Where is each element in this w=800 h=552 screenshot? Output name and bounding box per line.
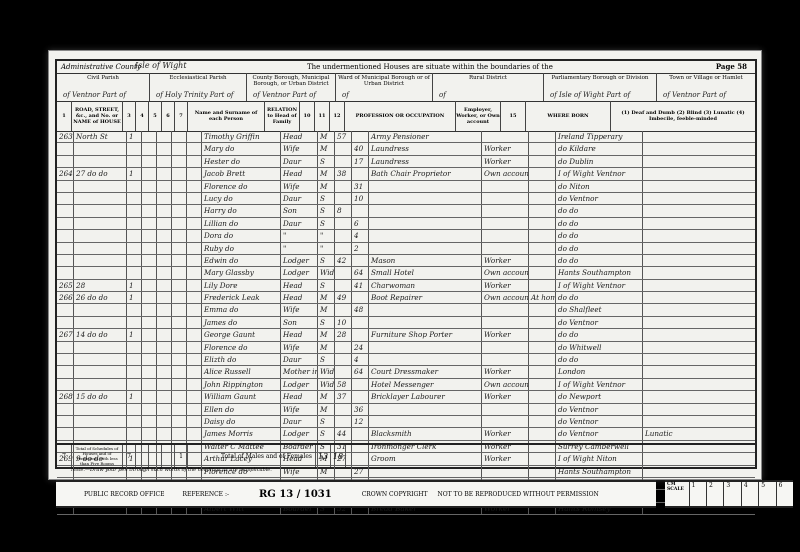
cell-home xyxy=(529,366,556,377)
cell-street xyxy=(74,205,127,216)
cell-born: do do xyxy=(556,218,643,229)
cell-name: Lucy do xyxy=(202,193,281,204)
cell-home xyxy=(529,193,556,204)
cell-name: Timothy Griffin xyxy=(202,131,281,142)
cell-sched xyxy=(57,304,74,315)
cell-emp: Worker xyxy=(482,143,529,154)
page-number: Page 58 xyxy=(716,62,747,71)
blank-cell xyxy=(142,366,157,377)
cell-m_age xyxy=(335,193,352,204)
cell-sched xyxy=(57,218,74,229)
cell-inh xyxy=(127,156,142,167)
cell-street xyxy=(74,366,127,377)
cell-rel: Head xyxy=(281,292,318,303)
blank-cell xyxy=(157,131,172,142)
blank-cell xyxy=(157,354,172,365)
table-row: Edwin doLodgerS42MasonWorkerdo do xyxy=(57,255,755,267)
cell-cond: S xyxy=(318,280,335,291)
cell-born: I of Wight Ventnor xyxy=(556,168,643,179)
area-ecclesiastical-parish: Ecclesiastical Parishof Holy Trinity Par… xyxy=(150,73,247,101)
cell-rel: Daur xyxy=(281,218,318,229)
inhabited-total: 7 xyxy=(123,445,136,467)
cell-f_age xyxy=(352,292,369,303)
blank-cell xyxy=(172,280,187,291)
col-not-in-occupation: 5 xyxy=(149,101,162,131)
cell-cond: S xyxy=(318,218,335,229)
reference-number: RG 13 / 1031 xyxy=(259,489,332,500)
table-row: Dora do""4do do xyxy=(57,230,755,242)
blank-cell xyxy=(142,292,157,303)
cell-occ xyxy=(369,317,482,328)
blank-cell xyxy=(157,205,172,216)
females-total: 18 xyxy=(331,445,346,467)
cell-m_age xyxy=(335,267,352,278)
cell-name: Harry do xyxy=(202,205,281,216)
blank-cell xyxy=(157,193,172,204)
cell-occ xyxy=(369,304,482,315)
cell-born: do Dublin xyxy=(556,156,643,167)
blank-cell xyxy=(172,205,187,216)
cell-street xyxy=(74,218,127,229)
cell-name: Edwin do xyxy=(202,255,281,266)
blank-cell xyxy=(172,428,187,439)
table-row: 26714 do do1George GauntHeadM28Furniture… xyxy=(57,329,755,341)
cell-rel: Daur xyxy=(281,193,318,204)
cell-home xyxy=(529,243,556,254)
cell-f_age: 36 xyxy=(352,404,369,415)
cell-rel: Lodger xyxy=(281,379,318,390)
scale-mark: 6 xyxy=(776,482,793,506)
table-row: Lucy doDaurS10do Ventnor xyxy=(57,193,755,205)
census-form-frame: Administrative County Isle of Wight The … xyxy=(55,59,757,469)
cell-occ: Bricklayer Labourer xyxy=(369,391,482,402)
blank-cell xyxy=(172,317,187,328)
cell-inf xyxy=(643,255,755,266)
cell-emp xyxy=(482,131,529,142)
cell-emp: Worker xyxy=(482,428,529,439)
scale-mark: 5 xyxy=(758,482,775,506)
cell-sched xyxy=(57,243,74,254)
area-county-borough: County Borough, Municipal Borough, or Ur… xyxy=(247,73,336,101)
cell-f_age xyxy=(352,329,369,340)
cell-inh: 1 xyxy=(127,292,142,303)
cell-cond: M xyxy=(318,329,335,340)
cell-f_age: 64 xyxy=(352,267,369,278)
cell-m_age xyxy=(335,342,352,353)
blank-cell xyxy=(187,193,202,204)
census-sheet: Administrative County Isle of Wight The … xyxy=(48,50,762,480)
cell-name: Lily Dore xyxy=(202,280,281,291)
table-row: Harry doSonS8do do xyxy=(57,205,755,217)
cell-born: do Kildare xyxy=(556,143,643,154)
cell-inh: 1 xyxy=(127,391,142,402)
cell-occ: Bath Chair Proprietor xyxy=(369,168,482,179)
cell-name: Lillian do xyxy=(202,218,281,229)
cell-occ xyxy=(369,230,482,241)
table-row: Mary GlassbyLodgerWid64Small HotelOwn ac… xyxy=(57,267,755,279)
cell-home xyxy=(529,416,556,427)
cell-sched xyxy=(57,317,74,328)
cell-inh xyxy=(127,354,142,365)
blank-cell xyxy=(157,304,172,315)
cell-cond: S xyxy=(318,428,335,439)
cell-rel: Head xyxy=(281,280,318,291)
cell-born: I of Wight Ventnor xyxy=(556,379,643,390)
blank-cell xyxy=(157,379,172,390)
cell-m_age xyxy=(335,416,352,427)
cell-home: At home xyxy=(529,292,556,303)
cell-inf xyxy=(643,416,755,427)
intro-text: The undermentioned Houses are situate wi… xyxy=(307,63,553,71)
cell-rel: Head xyxy=(281,391,318,402)
cell-emp xyxy=(482,243,529,254)
cell-name: Ruby do xyxy=(202,243,281,254)
cell-occ: Mason xyxy=(369,255,482,266)
table-row: Mary doWifeM40LaundressWorkerdo Kildare xyxy=(57,143,755,155)
blank-cell xyxy=(157,366,172,377)
cell-home xyxy=(529,317,556,328)
cell-occ xyxy=(369,404,482,415)
cell-inf xyxy=(643,143,755,154)
cell-cond: M xyxy=(318,292,335,303)
cell-rel: " xyxy=(281,243,318,254)
cell-f_age: 31 xyxy=(352,181,369,192)
blank-cell xyxy=(172,243,187,254)
copyright-label: CROWN COPYRIGHT xyxy=(362,491,428,498)
blank-cell xyxy=(142,280,157,291)
cell-occ: Army Pensioner xyxy=(369,131,482,142)
cell-f_age: 12 xyxy=(352,416,369,427)
cell-born: do Shalfleet xyxy=(556,304,643,315)
table-row: Florence doWifeM24do Whitwell xyxy=(57,342,755,354)
cell-inh xyxy=(127,143,142,154)
blank-cell xyxy=(187,317,202,328)
blank-cell xyxy=(187,304,202,315)
cell-street xyxy=(74,181,127,192)
col-name: Name and Surname of each Person xyxy=(188,101,265,131)
col-schedule: 1 xyxy=(57,101,72,131)
cell-rel: Wife xyxy=(281,466,318,477)
col-inhabited: 3 xyxy=(123,101,136,131)
column-headers: 1 ROAD, STREET, &c., and No. or NAME of … xyxy=(57,101,755,132)
cell-occ xyxy=(369,181,482,192)
area-parliamentary-borough: Parliamentary Borough or Divisionof Isle… xyxy=(544,73,657,101)
males-total: 13 xyxy=(316,445,331,467)
cell-inf xyxy=(643,243,755,254)
blank-cell xyxy=(157,181,172,192)
cell-m_age xyxy=(335,366,352,377)
cell-born: do do xyxy=(556,243,643,254)
blank-cell xyxy=(157,292,172,303)
table-row: Daisy doDaurS12do Ventnor xyxy=(57,416,755,428)
cell-rel: Wife xyxy=(281,181,318,192)
cell-f_age: 6 xyxy=(352,218,369,229)
blank-cell xyxy=(187,416,202,427)
permission-label: NOT TO BE REPRODUCED WITHOUT PERMISSION xyxy=(437,491,598,498)
cell-home xyxy=(529,255,556,266)
cell-rel: Wife xyxy=(281,304,318,315)
blank-cell xyxy=(157,143,172,154)
col-age-females: 12 xyxy=(330,101,345,131)
cell-home xyxy=(529,342,556,353)
table-row: Ruby do""2do do xyxy=(57,243,755,255)
blank-cell xyxy=(149,445,162,467)
cell-name: William Gaunt xyxy=(202,391,281,402)
cell-inf xyxy=(643,342,755,353)
cell-rel: Son xyxy=(281,317,318,328)
cell-m_age xyxy=(335,466,352,477)
cell-sched xyxy=(57,404,74,415)
cell-f_age: 48 xyxy=(352,304,369,315)
table-row: Ellen doWifeM36do Ventnor xyxy=(57,404,755,416)
area-rural-district: Rural Districtof xyxy=(433,73,544,101)
blank-cell xyxy=(157,428,172,439)
blank-cell xyxy=(142,243,157,254)
col-occupation: PROFESSION OR OCCUPATION xyxy=(345,101,456,131)
cell-inh xyxy=(127,205,142,216)
cell-rel: Wife xyxy=(281,143,318,154)
cell-rel: Wife xyxy=(281,342,318,353)
cell-f_age xyxy=(352,131,369,142)
cell-f_age xyxy=(352,391,369,402)
col-infirmity: (1) Deaf and Dumb (2) Blind (3) Lunatic … xyxy=(611,101,755,131)
blank-cell xyxy=(157,329,172,340)
cell-occ: Laundress xyxy=(369,156,482,167)
cell-emp xyxy=(482,230,529,241)
cell-inh: 1 xyxy=(127,329,142,340)
blank-cell xyxy=(187,366,202,377)
blank-cell xyxy=(142,255,157,266)
cell-street xyxy=(74,267,127,278)
col-age-males: 11 xyxy=(315,101,330,131)
cell-inf xyxy=(643,379,755,390)
admin-county-value: Isle of Wight xyxy=(135,61,187,70)
col-building: 6 xyxy=(162,101,175,131)
blank-cell xyxy=(172,404,187,415)
blank-cell xyxy=(172,342,187,353)
cell-inh xyxy=(127,317,142,328)
cell-home xyxy=(529,168,556,179)
cell-sched xyxy=(57,354,74,365)
blank-cell xyxy=(142,329,157,340)
cell-born: do do xyxy=(556,230,643,241)
table-row: Lillian doDaurS6do do xyxy=(57,218,755,230)
blank-cell xyxy=(142,230,157,241)
blank-cell xyxy=(172,391,187,402)
cell-cond: M xyxy=(318,342,335,353)
cell-home xyxy=(529,329,556,340)
cell-m_age: 57 xyxy=(335,131,352,142)
col-at-home: 15 xyxy=(501,101,526,131)
cell-emp xyxy=(482,181,529,192)
cell-name: Alice Russell xyxy=(202,366,281,377)
cell-home xyxy=(529,354,556,365)
cell-born: do Niton xyxy=(556,181,643,192)
cell-sched xyxy=(57,205,74,216)
cell-name: Dora do xyxy=(202,230,281,241)
cell-occ xyxy=(369,193,482,204)
cell-home xyxy=(529,181,556,192)
blank-cell xyxy=(142,181,157,192)
area-ward: Ward of Municipal Borough or of Urban Di… xyxy=(336,73,433,101)
blank-cell xyxy=(187,168,202,179)
cell-inh xyxy=(127,304,142,315)
blank-cell xyxy=(142,304,157,315)
cell-f_age: 4 xyxy=(352,230,369,241)
col-relation: RELATION to Head of Family xyxy=(265,101,300,131)
cell-f_age: 4 xyxy=(352,354,369,365)
cell-name: Florence do xyxy=(202,342,281,353)
cell-emp: Worker xyxy=(482,255,529,266)
cell-home xyxy=(529,143,556,154)
cell-born: do Ventnor xyxy=(556,416,643,427)
cell-sched: 267 xyxy=(57,329,74,340)
cell-inh xyxy=(127,193,142,204)
blank-cell xyxy=(187,143,202,154)
cell-street xyxy=(74,428,127,439)
cell-rel: Daur xyxy=(281,156,318,167)
cell-inf xyxy=(643,292,755,303)
cell-occ: Blacksmith xyxy=(369,428,482,439)
cell-cond: " xyxy=(318,243,335,254)
cell-occ: Small Hotel xyxy=(369,267,482,278)
cell-born: do Ventnor xyxy=(556,404,643,415)
blank-cell xyxy=(157,317,172,328)
blank-cell xyxy=(142,404,157,415)
blank-cell xyxy=(142,379,157,390)
instruction-note: Note.—Draw your pen through such words o… xyxy=(71,467,272,473)
cell-cond: M xyxy=(318,131,335,142)
scale-mark: 2 xyxy=(706,482,723,506)
rooms-total: 1 xyxy=(175,445,188,467)
cell-sched xyxy=(57,379,74,390)
area-headers: Civil Parishof Ventnor Part of Ecclesias… xyxy=(57,73,755,102)
cell-rel: Head xyxy=(281,329,318,340)
blank-cell xyxy=(142,193,157,204)
table-row: Hester doDaurS17LaundressWorkerdo Dublin xyxy=(57,156,755,168)
blank-cell xyxy=(157,255,172,266)
cell-sched xyxy=(57,156,74,167)
blank-cell xyxy=(346,445,755,467)
area-civil-parish: Civil Parishof Ventnor Part of xyxy=(57,73,150,101)
cell-home xyxy=(529,131,556,142)
cell-name: John Rippington xyxy=(202,379,281,390)
cell-m_age: 38 xyxy=(335,168,352,179)
cell-inf xyxy=(643,168,755,179)
col-rooms: 7 xyxy=(175,101,188,131)
blank-cell xyxy=(172,131,187,142)
blank-cell xyxy=(187,342,202,353)
cell-born: do Ventnor xyxy=(556,193,643,204)
cell-m_age xyxy=(335,230,352,241)
cell-emp xyxy=(482,304,529,315)
cell-m_age xyxy=(335,143,352,154)
cell-home xyxy=(529,218,556,229)
blank-cell xyxy=(187,243,202,254)
cell-occ xyxy=(369,218,482,229)
cell-inf xyxy=(643,391,755,402)
cell-born: do Ventnor xyxy=(556,428,643,439)
cell-f_age: 64 xyxy=(352,366,369,377)
table-row: John RippingtonLodgerWid58Hotel Messenge… xyxy=(57,379,755,391)
cell-occ xyxy=(369,243,482,254)
blank-cell xyxy=(157,168,172,179)
blank-cell xyxy=(142,354,157,365)
cell-sched xyxy=(57,416,74,427)
blank-cell xyxy=(187,428,202,439)
cell-street xyxy=(74,193,127,204)
cell-name: Daisy do xyxy=(202,416,281,427)
cell-inh xyxy=(127,342,142,353)
blank-cell xyxy=(172,304,187,315)
blank-cell xyxy=(172,181,187,192)
cell-inf xyxy=(643,366,755,377)
cell-rel: Lodger xyxy=(281,255,318,266)
cell-sched xyxy=(57,143,74,154)
cell-born: do do xyxy=(556,354,643,365)
cell-emp xyxy=(482,354,529,365)
blank-cell xyxy=(157,391,172,402)
cell-m_age: 49 xyxy=(335,292,352,303)
cell-sched xyxy=(57,230,74,241)
admin-county-label: Administrative County xyxy=(61,63,141,71)
table-row: Emma doWifeM48do Shalfleet xyxy=(57,304,755,316)
cell-inf xyxy=(643,218,755,229)
scale-label: CM SCALE xyxy=(665,482,689,506)
cell-sched xyxy=(57,428,74,439)
archive-footer: PUBLIC RECORD OFFICE REFERENCE :- RG 13 … xyxy=(56,480,656,508)
cell-inh xyxy=(127,379,142,390)
cell-cond: S xyxy=(318,354,335,365)
cell-home xyxy=(529,304,556,315)
cell-emp: Worker xyxy=(482,329,529,340)
cell-m_age xyxy=(335,243,352,254)
houses-label: Total of Schedules of Houses and of Tene… xyxy=(72,445,123,467)
cell-emp xyxy=(482,416,529,427)
cell-occ xyxy=(369,416,482,427)
cell-name: James do xyxy=(202,317,281,328)
blank-cell xyxy=(157,156,172,167)
blank-cell xyxy=(142,131,157,142)
cell-emp: Own account xyxy=(482,379,529,390)
cell-sched xyxy=(57,181,74,192)
cell-cond: M xyxy=(318,143,335,154)
cell-name: Hester do xyxy=(202,156,281,167)
cell-inh xyxy=(127,267,142,278)
cell-inh: 1 xyxy=(127,168,142,179)
cell-rel: Lodger xyxy=(281,267,318,278)
table-row: 26427 do do1Jacob BrettHeadM38Bath Chair… xyxy=(57,168,755,180)
table-row: James doSonS10do Ventnor xyxy=(57,317,755,329)
cell-emp xyxy=(482,404,529,415)
cell-f_age xyxy=(352,205,369,216)
scale-mark: 1 xyxy=(689,482,706,506)
blank-cell xyxy=(142,267,157,278)
blank-cell xyxy=(187,379,202,390)
cell-street xyxy=(74,243,127,254)
cell-inf: Lunatic xyxy=(643,428,755,439)
cell-emp xyxy=(482,193,529,204)
col-employer: Employer, Worker, or Own account xyxy=(456,101,501,131)
table-row: 265281Lily DoreHeadS41CharwomanWorkerI o… xyxy=(57,280,755,292)
blank-cell xyxy=(172,354,187,365)
cell-street: 28 xyxy=(74,280,127,291)
cell-cond: " xyxy=(318,230,335,241)
blank-cell xyxy=(142,391,157,402)
blank-cell xyxy=(142,205,157,216)
cell-emp xyxy=(482,205,529,216)
cell-sched: 263 xyxy=(57,131,74,142)
